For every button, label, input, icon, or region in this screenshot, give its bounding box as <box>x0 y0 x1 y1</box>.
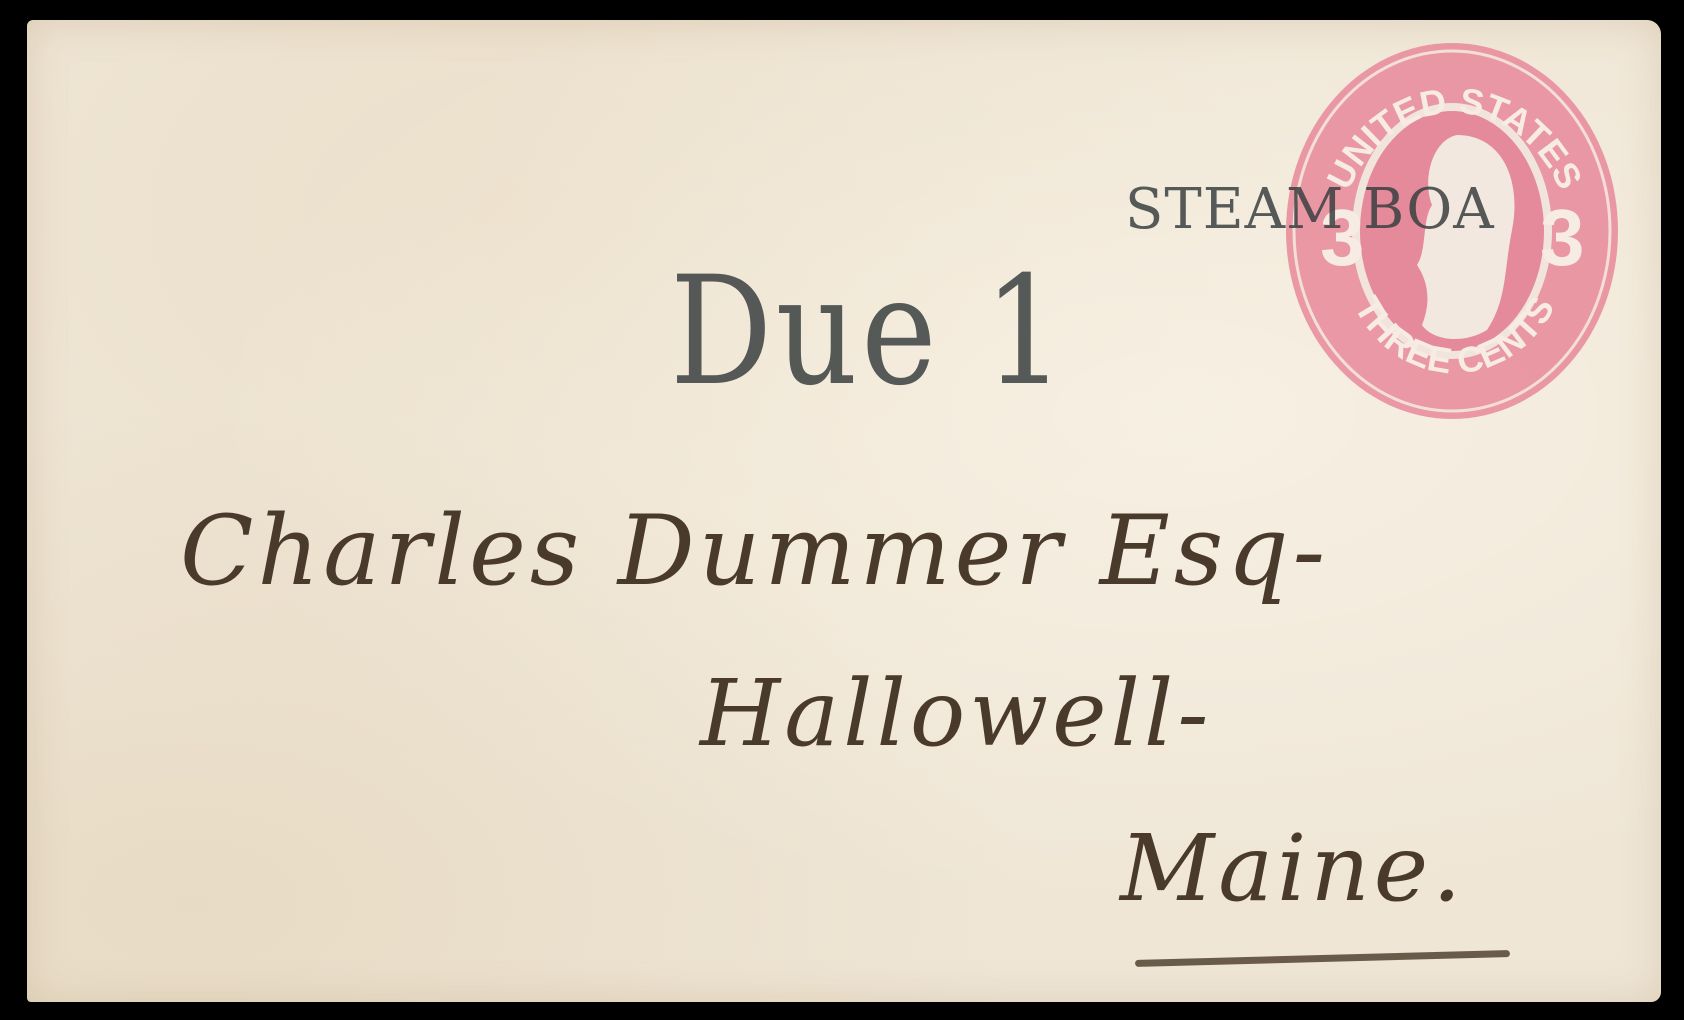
address-town: Hallowell- <box>700 660 1212 767</box>
steamboat-handstamp: STEAM BOA <box>1125 177 1665 242</box>
address-addressee: Charles Dummer Esq- <box>180 495 1329 607</box>
due-handstamp: Due 1 <box>670 245 1068 419</box>
address-state: Maine. <box>1120 815 1465 922</box>
